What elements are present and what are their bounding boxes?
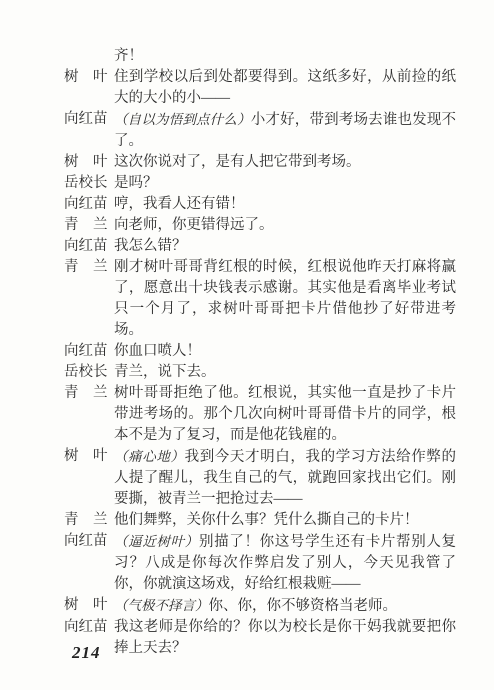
page-number: 214 bbox=[72, 643, 101, 663]
dialogue-entry: 向红苗哼，我看人还有错！ bbox=[64, 194, 456, 215]
dialogue-text: （气极不择言）你、你，你不够资格当老师。 bbox=[114, 595, 456, 617]
speaker-name: 向红苗 bbox=[64, 194, 110, 215]
dialogue-entry: 向红苗我怎么错？ bbox=[64, 236, 456, 257]
dialogue-text: 哼，我看人还有错！ bbox=[114, 194, 456, 215]
dialogue-entry: 岳校长青兰，说下去。 bbox=[64, 362, 456, 383]
speaker-name: 岳校长 bbox=[64, 173, 110, 194]
dialogue-entry: 树 叶（气极不择言）你、你，你不够资格当老师。 bbox=[64, 595, 456, 617]
dialogue-entry: 青 兰向老师，你更错得远了。 bbox=[64, 215, 456, 236]
stage-direction: （痛心地） bbox=[114, 449, 185, 464]
dialogue-text: 住到学校以后到处都要得到。这纸多好，从前捡的纸大的大小的小—— bbox=[114, 67, 456, 109]
speaker-name: 向红苗 bbox=[64, 617, 110, 638]
dialogue-text: 我怎么错？ bbox=[114, 236, 456, 257]
book-page: 齐！ 树 叶住到学校以后到处都要得到。这纸多好，从前捡的纸大的大小的小——向红苗… bbox=[0, 0, 494, 690]
speaker-name: 青 兰 bbox=[64, 510, 110, 531]
dialogue-entry: 向红苗（逼近树叶）别描了！你这号学生还有卡片帮别人复习？八成是你每次作弊启发了别… bbox=[64, 531, 456, 595]
speaker-name: 树 叶 bbox=[64, 595, 110, 616]
speaker-name: 树 叶 bbox=[64, 446, 110, 467]
dialogue: 树 叶住到学校以后到处都要得到。这纸多好，从前捡的纸大的大小的小——向红苗（自以… bbox=[64, 67, 456, 659]
dialogue-entry: 青 兰他们舞弊，关你什么事？凭什么撕自己的卡片！ bbox=[64, 510, 456, 531]
dialogue-entry: 树 叶住到学校以后到处都要得到。这纸多好，从前捡的纸大的大小的小—— bbox=[64, 67, 456, 109]
stage-direction: （气极不择言） bbox=[114, 598, 209, 613]
stage-direction: （逼近树叶） bbox=[114, 534, 199, 549]
dialogue-entry: 向红苗我这老师是你给的？你以为校长是你干妈我就要把你捧上天去？ bbox=[64, 617, 456, 659]
dialogue-entry: 向红苗你血口喷人！ bbox=[64, 341, 456, 362]
dialogue-text: （逼近树叶）别描了！你这号学生还有卡片帮别人复习？八成是你每次作弊启发了别人，今… bbox=[114, 531, 456, 595]
speaker-name: 向红苗 bbox=[64, 531, 110, 552]
dialogue-entry: 青 兰刚才树叶哥哥背红根的时候，红根说他昨天打麻将赢了，愿意出十块钱表示感谢。其… bbox=[64, 257, 456, 341]
speaker-name: 向红苗 bbox=[64, 236, 110, 257]
opening-continuation-line: 齐！ bbox=[114, 46, 456, 67]
speaker-name: 青 兰 bbox=[64, 383, 110, 404]
dialogue-entry: 向红苗（自以为悟到点什么）小才好，带到考场去谁也发现不了。 bbox=[64, 109, 456, 152]
dialogue-text: 是吗？ bbox=[114, 173, 456, 194]
speaker-name: 树 叶 bbox=[64, 152, 110, 173]
dialogue-text: 我这老师是你给的？你以为校长是你干妈我就要把你捧上天去？ bbox=[114, 617, 456, 659]
dialogue-entry: 青 兰树叶哥哥拒绝了他。红根说，其实他一直是抄了卡片带进考场的。那个几次向树叶哥… bbox=[64, 383, 456, 446]
dialogue-text: 你血口喷人！ bbox=[114, 341, 456, 362]
dialogue-text: 树叶哥哥拒绝了他。红根说，其实他一直是抄了卡片带进考场的。那个几次向树叶哥哥借卡… bbox=[114, 383, 456, 446]
dialogue-entry: 树 叶（痛心地）我到今天才明白，我的学习方法给作弊的人提了醒儿，我生自己的气，就… bbox=[64, 446, 456, 510]
dialogue-text: （痛心地）我到今天才明白，我的学习方法给作弊的人提了醒儿，我生自己的气，就跑回家… bbox=[114, 446, 456, 510]
dialogue-entry: 岳校长是吗？ bbox=[64, 173, 456, 194]
speaker-name: 树 叶 bbox=[64, 67, 110, 88]
dialogue-text: 向老师，你更错得远了。 bbox=[114, 215, 456, 236]
dialogue-text: 他们舞弊，关你什么事？凭什么撕自己的卡片！ bbox=[114, 510, 456, 531]
dialogue-text: 这次你说对了，是有人把它带到考场。 bbox=[114, 152, 456, 173]
speaker-name: 向红苗 bbox=[64, 109, 110, 130]
stage-direction: （自以为悟到点什么） bbox=[114, 112, 251, 127]
speaker-name: 岳校长 bbox=[64, 362, 110, 383]
speaker-name: 青 兰 bbox=[64, 257, 110, 278]
speaker-name: 向红苗 bbox=[64, 341, 110, 362]
dialogue-text: 青兰，说下去。 bbox=[114, 362, 456, 383]
dialogue-text: 刚才树叶哥哥背红根的时候，红根说他昨天打麻将赢了，愿意出十块钱表示感谢。其实他是… bbox=[114, 257, 456, 341]
speaker-name: 青 兰 bbox=[64, 215, 110, 236]
dialogue-entry: 树 叶这次你说对了，是有人把它带到考场。 bbox=[64, 152, 456, 173]
page-content: 齐！ 树 叶住到学校以后到处都要得到。这纸多好，从前捡的纸大的大小的小——向红苗… bbox=[0, 0, 494, 659]
dialogue-text: （自以为悟到点什么）小才好，带到考场去谁也发现不了。 bbox=[114, 109, 456, 152]
